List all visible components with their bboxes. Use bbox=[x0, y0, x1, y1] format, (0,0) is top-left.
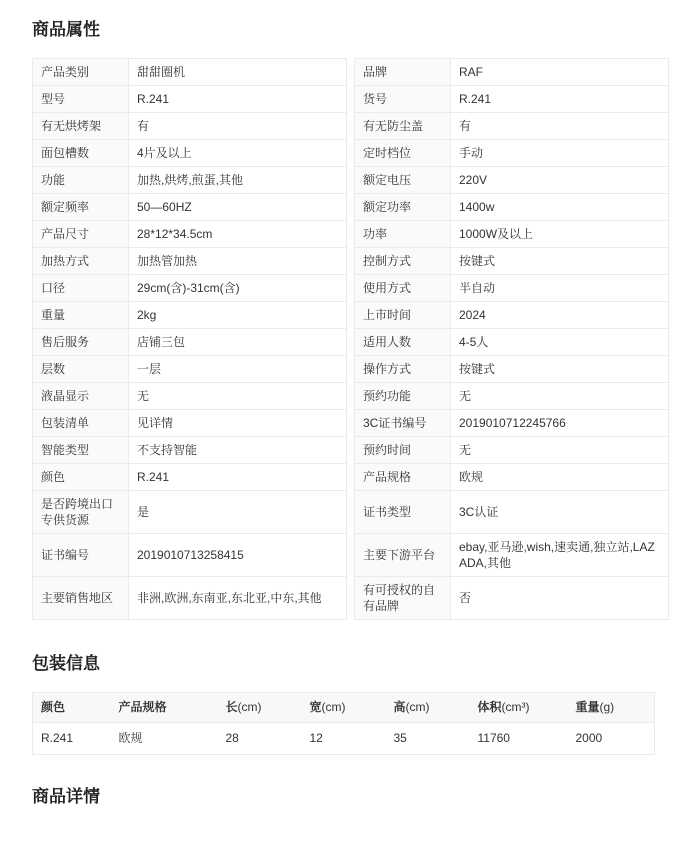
attribute-value: 无 bbox=[451, 437, 669, 464]
attribute-row: 颜色 R.241 产品规格 欧规 bbox=[33, 464, 669, 491]
column-gap bbox=[347, 464, 355, 491]
attribute-label: 有无烘烤架 bbox=[33, 113, 129, 140]
attribute-label: 有无防尘盖 bbox=[355, 113, 451, 140]
attribute-row: 层数 一层 操作方式 按键式 bbox=[33, 356, 669, 383]
attribute-label: 层数 bbox=[33, 356, 129, 383]
attribute-label: 主要下游平台 bbox=[355, 534, 451, 577]
attribute-value: 加热,烘烤,煎蛋,其他 bbox=[129, 167, 347, 194]
packaging-header-row: 颜色 产品规格 长(cm) 宽(cm) 高(cm) 体积(cm³) 重量(g) bbox=[33, 693, 655, 723]
packaging-column-name: 宽 bbox=[310, 700, 322, 714]
attribute-value: 3C认证 bbox=[451, 491, 669, 534]
attribute-row: 功能 加热,烘烤,煎蛋,其他 额定电压 220V bbox=[33, 167, 669, 194]
attribute-value: 无 bbox=[451, 383, 669, 410]
attribute-value: R.241 bbox=[451, 86, 669, 113]
attribute-value: 无 bbox=[129, 383, 347, 410]
attribute-value: R.241 bbox=[129, 464, 347, 491]
packaging-column-header: 体积(cm³) bbox=[470, 693, 568, 723]
attribute-label: 品牌 bbox=[355, 59, 451, 86]
section-title-attributes: 商品属性 bbox=[32, 20, 668, 40]
attribute-value: 4片及以上 bbox=[129, 140, 347, 167]
column-gap bbox=[347, 577, 355, 620]
attribute-label: 产品规格 bbox=[355, 464, 451, 491]
attribute-value: 欧规 bbox=[451, 464, 669, 491]
attribute-value: 加热管加热 bbox=[129, 248, 347, 275]
attribute-label: 控制方式 bbox=[355, 248, 451, 275]
attribute-label: 加热方式 bbox=[33, 248, 129, 275]
attribute-value: 手动 bbox=[451, 140, 669, 167]
packaging-column-unit: (g) bbox=[600, 700, 615, 714]
column-gap bbox=[347, 491, 355, 534]
packaging-column-name: 产品规格 bbox=[119, 700, 167, 714]
packaging-cell: 2000 bbox=[568, 723, 655, 755]
packaging-column-header: 高(cm) bbox=[386, 693, 470, 723]
attribute-row: 证书编号 2019010713258415 主要下游平台 ebay,亚马逊,wi… bbox=[33, 534, 669, 577]
column-gap bbox=[347, 275, 355, 302]
attribute-row: 额定频率 50—60HZ 额定功率 1400w bbox=[33, 194, 669, 221]
attribute-row: 重量 2kg 上市时间 2024 bbox=[33, 302, 669, 329]
attribute-label: 是否跨境出口专供货源 bbox=[33, 491, 129, 534]
column-gap bbox=[347, 329, 355, 356]
attribute-label: 型号 bbox=[33, 86, 129, 113]
column-gap bbox=[347, 534, 355, 577]
packaging-cell: 35 bbox=[386, 723, 470, 755]
packaging-column-header: 产品规格 bbox=[111, 693, 218, 723]
attribute-row: 面包槽数 4片及以上 定时档位 手动 bbox=[33, 140, 669, 167]
attribute-label: 额定功率 bbox=[355, 194, 451, 221]
column-gap bbox=[347, 302, 355, 329]
attribute-value: 否 bbox=[451, 577, 669, 620]
attribute-value: 有 bbox=[129, 113, 347, 140]
attribute-label: 主要销售地区 bbox=[33, 577, 129, 620]
attribute-value: 2kg bbox=[129, 302, 347, 329]
packaging-table: 颜色 产品规格 长(cm) 宽(cm) 高(cm) 体积(cm³) 重量(g) … bbox=[32, 692, 655, 755]
attribute-row: 口径 29cm(含)-31cm(含) 使用方式 半自动 bbox=[33, 275, 669, 302]
attribute-label: 有可授权的自有品牌 bbox=[355, 577, 451, 620]
attribute-row: 液晶显示 无 预约功能 无 bbox=[33, 383, 669, 410]
attribute-value: 1000W及以上 bbox=[451, 221, 669, 248]
packaging-column-unit: (cm) bbox=[406, 700, 430, 714]
attribute-label: 重量 bbox=[33, 302, 129, 329]
section-title-details: 商品详情 bbox=[32, 787, 668, 807]
attribute-label: 证书编号 bbox=[33, 534, 129, 577]
column-gap bbox=[347, 86, 355, 113]
attribute-row: 包装清单 见详情 3C证书编号 2019010712245766 bbox=[33, 410, 669, 437]
attribute-value: 2024 bbox=[451, 302, 669, 329]
packaging-column-unit: (cm³) bbox=[502, 700, 530, 714]
packaging-column-unit: (cm) bbox=[322, 700, 346, 714]
attribute-value: 甜甜圈机 bbox=[129, 59, 347, 86]
attribute-label: 操作方式 bbox=[355, 356, 451, 383]
attribute-label: 预约时间 bbox=[355, 437, 451, 464]
attribute-row: 主要销售地区 非洲,欧洲,东南亚,东北亚,中东,其他 有可授权的自有品牌 否 bbox=[33, 577, 669, 620]
attribute-value: 是 bbox=[129, 491, 347, 534]
attribute-label: 液晶显示 bbox=[33, 383, 129, 410]
column-gap bbox=[347, 221, 355, 248]
attribute-label: 产品尺寸 bbox=[33, 221, 129, 248]
column-gap bbox=[347, 248, 355, 275]
attribute-row: 是否跨境出口专供货源 是 证书类型 3C认证 bbox=[33, 491, 669, 534]
attribute-label: 功能 bbox=[33, 167, 129, 194]
column-gap bbox=[347, 194, 355, 221]
packaging-column-name: 长 bbox=[226, 700, 238, 714]
attribute-value: 50—60HZ bbox=[129, 194, 347, 221]
attribute-value: 见详情 bbox=[129, 410, 347, 437]
column-gap bbox=[347, 383, 355, 410]
attribute-label: 货号 bbox=[355, 86, 451, 113]
packaging-data-row: R.241 欧规 28 12 35 11760 2000 bbox=[33, 723, 655, 755]
attribute-value: 28*12*34.5cm bbox=[129, 221, 347, 248]
attribute-label: 3C证书编号 bbox=[355, 410, 451, 437]
column-gap bbox=[347, 437, 355, 464]
packaging-cell: 欧规 bbox=[111, 723, 218, 755]
attribute-value: 一层 bbox=[129, 356, 347, 383]
packaging-cell: 11760 bbox=[470, 723, 568, 755]
column-gap bbox=[347, 140, 355, 167]
attribute-label: 适用人数 bbox=[355, 329, 451, 356]
section-title-packaging: 包装信息 bbox=[32, 654, 668, 674]
attribute-value: 1400w bbox=[451, 194, 669, 221]
packaging-cell: 28 bbox=[218, 723, 302, 755]
attribute-value: 按键式 bbox=[451, 248, 669, 275]
attribute-label: 颜色 bbox=[33, 464, 129, 491]
attribute-value: 29cm(含)-31cm(含) bbox=[129, 275, 347, 302]
attribute-label: 面包槽数 bbox=[33, 140, 129, 167]
packaging-cell: R.241 bbox=[33, 723, 111, 755]
packaging-column-name: 高 bbox=[394, 700, 406, 714]
attribute-label: 功率 bbox=[355, 221, 451, 248]
attribute-value: 220V bbox=[451, 167, 669, 194]
packaging-column-header: 长(cm) bbox=[218, 693, 302, 723]
attribute-row: 型号 R.241 货号 R.241 bbox=[33, 86, 669, 113]
column-gap bbox=[347, 356, 355, 383]
attribute-row: 产品尺寸 28*12*34.5cm 功率 1000W及以上 bbox=[33, 221, 669, 248]
attribute-value: 2019010713258415 bbox=[129, 534, 347, 577]
packaging-column-name: 颜色 bbox=[41, 700, 65, 714]
packaging-column-name: 体积 bbox=[478, 700, 502, 714]
attributes-table: 产品类别 甜甜圈机 品牌 RAF 型号 R.241 货号 R.241 有无烘烤架… bbox=[32, 58, 669, 620]
attribute-label: 额定频率 bbox=[33, 194, 129, 221]
attribute-label: 证书类型 bbox=[355, 491, 451, 534]
column-gap bbox=[347, 167, 355, 194]
attribute-label: 定时档位 bbox=[355, 140, 451, 167]
attribute-label: 上市时间 bbox=[355, 302, 451, 329]
packaging-column-header: 颜色 bbox=[33, 693, 111, 723]
attribute-value: 按键式 bbox=[451, 356, 669, 383]
attribute-label: 售后服务 bbox=[33, 329, 129, 356]
attribute-value: 4-5人 bbox=[451, 329, 669, 356]
attribute-value: 有 bbox=[451, 113, 669, 140]
packaging-column-name: 重量 bbox=[576, 700, 600, 714]
attribute-label: 预约功能 bbox=[355, 383, 451, 410]
attribute-label: 额定电压 bbox=[355, 167, 451, 194]
attribute-value: 非洲,欧洲,东南亚,东北亚,中东,其他 bbox=[129, 577, 347, 620]
product-info-page: 商品属性 产品类别 甜甜圈机 品牌 RAF 型号 R.241 货号 R.241 … bbox=[0, 0, 681, 843]
packaging-cell: 12 bbox=[302, 723, 386, 755]
attribute-value: ebay,亚马逊,wish,速卖通,独立站,LAZADA,其他 bbox=[451, 534, 669, 577]
column-gap bbox=[347, 113, 355, 140]
attribute-value: R.241 bbox=[129, 86, 347, 113]
column-gap bbox=[347, 410, 355, 437]
attribute-label: 产品类别 bbox=[33, 59, 129, 86]
attribute-row: 有无烘烤架 有 有无防尘盖 有 bbox=[33, 113, 669, 140]
attribute-value: 店铺三包 bbox=[129, 329, 347, 356]
attribute-row: 加热方式 加热管加热 控制方式 按键式 bbox=[33, 248, 669, 275]
attribute-label: 智能类型 bbox=[33, 437, 129, 464]
packaging-column-unit: (cm) bbox=[238, 700, 262, 714]
attribute-value: 2019010712245766 bbox=[451, 410, 669, 437]
attribute-row: 售后服务 店铺三包 适用人数 4-5人 bbox=[33, 329, 669, 356]
attribute-label: 包装清单 bbox=[33, 410, 129, 437]
column-gap bbox=[347, 59, 355, 86]
attribute-value: 半自动 bbox=[451, 275, 669, 302]
packaging-column-header: 重量(g) bbox=[568, 693, 655, 723]
attribute-row: 智能类型 不支持智能 预约时间 无 bbox=[33, 437, 669, 464]
attribute-label: 使用方式 bbox=[355, 275, 451, 302]
attribute-label: 口径 bbox=[33, 275, 129, 302]
attribute-value: 不支持智能 bbox=[129, 437, 347, 464]
packaging-column-header: 宽(cm) bbox=[302, 693, 386, 723]
attribute-row: 产品类别 甜甜圈机 品牌 RAF bbox=[33, 59, 669, 86]
attribute-value: RAF bbox=[451, 59, 669, 86]
